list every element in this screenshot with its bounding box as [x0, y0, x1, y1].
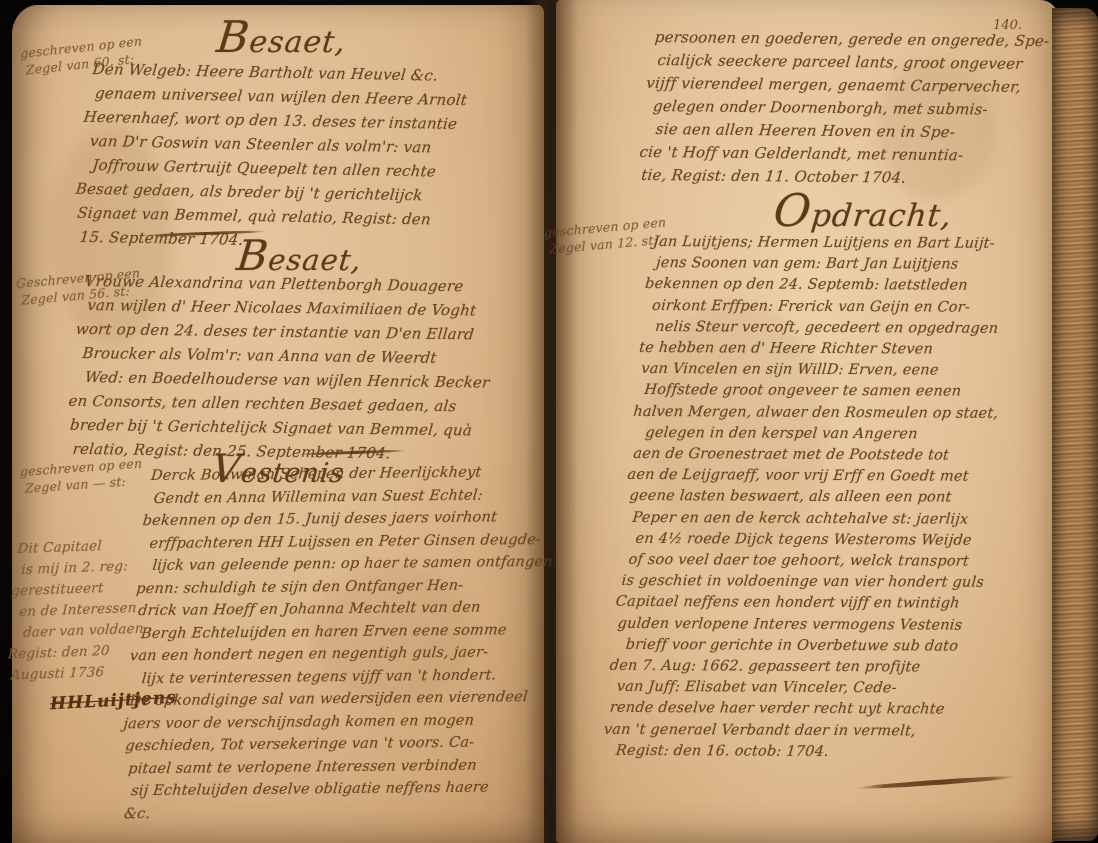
text-line: te hebben aen d' Heere Richter Steven: [638, 338, 1054, 361]
entry-heading-opdracht: Opdracht,: [771, 184, 955, 237]
text-line: lijck van geleende penn: op haer te same…: [151, 551, 543, 578]
text-line: geene lasten beswaert, als alleen een po…: [628, 486, 1040, 509]
text-line: Regist: den 16. octob: 1704.: [615, 741, 1017, 764]
text-line: Jan Luijtjens; Hermen Luijtjens en Bart …: [652, 232, 1064, 255]
text-line: bekennen op den 24. Septemb: laetstleden: [644, 274, 1060, 297]
text-line: rende deselve haer verder recht uyt krac…: [609, 698, 1021, 721]
text-line: Hoffstede groot ongeveer te samen eenen: [643, 380, 1050, 403]
text-line: brieff voor gerichte in Overbetuwe sub d…: [625, 635, 1027, 658]
book-page-edges: [1052, 8, 1098, 841]
text-line: Peper en aen de kerck achtehalve st: jae…: [631, 508, 1038, 531]
text-line: Capitael neffens een hondert vijff en tw…: [615, 592, 1031, 615]
entry-body-opdracht: Jan Luijtjens; Hermen Luijtjens en Bart …: [605, 232, 1064, 764]
book-gutter: [526, 0, 578, 843]
text-line: jens Soonen van gem: Bart Jan Luijtjens: [655, 253, 1062, 276]
entry-heading-besaet-1: Besaet,: [214, 13, 349, 63]
text-line: gulden verlopene Interes vermogens Veste…: [617, 613, 1029, 636]
text-line: sij Echteluijden deselve obligatie neffe…: [130, 776, 522, 803]
entry-body-besaet-1: Den Welgeb: Heere Bartholt van Heuvel &c…: [74, 57, 544, 257]
text-line: aen de Groenestraet met de Pootstede tot: [632, 444, 1044, 467]
text-line: is geschiet in voldoeninge van vier hond…: [621, 571, 1033, 594]
photo-background: Besaet, geschreven op eenZegel van 60. s…: [0, 0, 1098, 843]
flourish-end-stroke: [856, 774, 1016, 790]
text-line: van 't generael Verbandt daer in vermelt…: [603, 719, 1019, 742]
entry-body-vestenis: Derck Bouwman Schepen der HeerlijckheytG…: [118, 461, 552, 826]
margin-note-1736-repayment: Dit Capitaelis mij in 2. reg:gerestituee…: [10, 534, 148, 686]
text-line: Augusti 1736: [10, 661, 142, 687]
entry-body-besaet-2: Vrouwe Alexandrina van Plettenborgh Doua…: [67, 269, 546, 467]
manuscript-left-page: Besaet, geschreven op eenZegel van 60. s…: [12, 5, 544, 843]
text-line: en 4½ roede Dijck tegens Westeroms Weijd…: [635, 529, 1037, 552]
text-line: van Juff: Elisabet van Vinceler, Cede-: [616, 677, 1023, 700]
margin-note-seal-vestenis: geschreven op eenZegel van — st:: [20, 454, 142, 497]
text-line: of soo veel daer toe gehoort, welck tran…: [628, 550, 1035, 573]
text-line: oirkont Erffpen: Frerick van Geijn en Co…: [651, 296, 1058, 319]
text-line: van Vincelen en sijn WillD: Erven, eene: [640, 359, 1052, 382]
text-line: aen de Leijgraeff, voor vrij Erff en Goe…: [626, 465, 1042, 488]
text-line: halven Mergen, alwaer den Rosmeulen op s…: [632, 402, 1048, 425]
text-line: &c.: [123, 799, 520, 826]
text-line: daer van voldaen: [22, 619, 144, 644]
continuation-body: persoonen en goederen, gerede en ongered…: [640, 26, 1056, 191]
manuscript-right-page: 140. persoonen en goederen, gerede en on…: [556, 0, 1060, 843]
text-line: gelegen in den kerspel van Angeren: [644, 423, 1046, 446]
text-line: den 7. Aug: 1662. gepasseert ten profijt…: [609, 656, 1025, 679]
text-line: nelis Steur vercoft, gecedeert en opgedr…: [654, 317, 1056, 340]
